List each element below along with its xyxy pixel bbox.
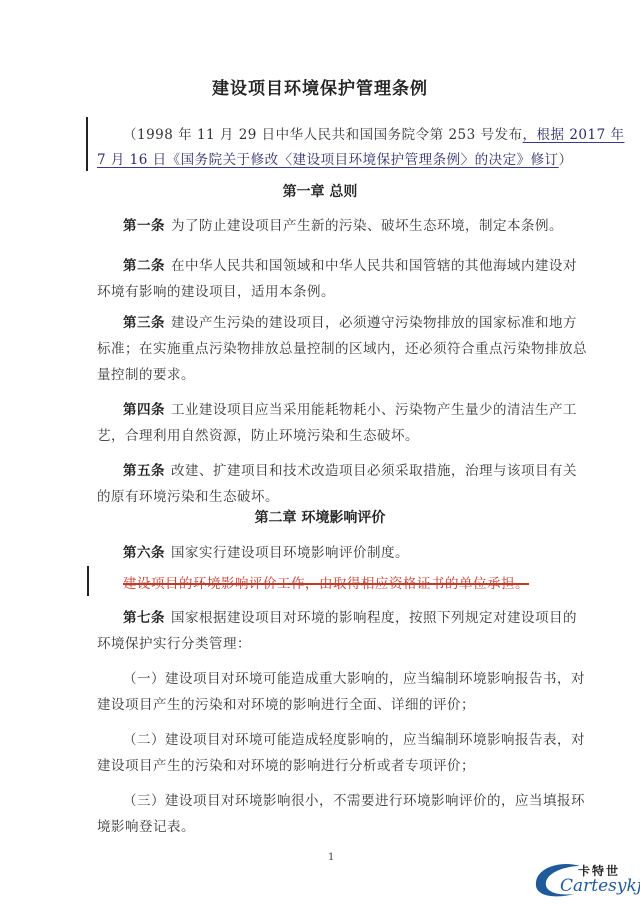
article-text: 在中华人民共和国领域和中华人民共和国管辖的其他海域内建设对 xyxy=(171,258,577,274)
document-page: 建设项目环境保护管理条例 （1998 年 11 月 29 日中华人民共和国国务院… xyxy=(0,0,640,905)
article-label: 第二条 xyxy=(123,258,165,274)
inserted-text: ，根据 2017 年 xyxy=(523,127,625,143)
chapter-2-heading: 第二章 环境影响评价 xyxy=(0,507,640,527)
article-label: 第一条 xyxy=(123,218,165,234)
article-6: 第六条国家实行建设项目环境影响评价制度。 xyxy=(123,541,409,561)
article-2-cont: 环境有影响的建设项目，适用本条例。 xyxy=(97,280,335,300)
article-3: 第三条建设产生污染的建设项目，必须遵守污染物排放的国家标准和地方 xyxy=(123,311,577,331)
article-4-cont: 艺，合理利用自然资源，防止环境污染和生态破坏。 xyxy=(97,424,419,444)
article-2: 第二条在中华人民共和国领域和中华人民共和国管辖的其他海域内建设对 xyxy=(123,254,577,274)
article-text: 改建、扩建项目和技术改造项目必须采取措施，治理与该项目有关 xyxy=(171,463,577,479)
preamble-text: （1998 年 11 月 29 日中华人民共和国国务院令第 253 号发布 xyxy=(123,127,523,143)
article-4: 第四条工业建设项目应当采用能耗物耗小、污染物产生量少的清洁生产工 xyxy=(123,398,577,418)
article-text: 国家实行建设项目环境影响评价制度。 xyxy=(171,545,409,561)
item-1: （一）建设项目对环境可能造成重大影响的，应当编制环境影响报告书，对 xyxy=(123,667,585,687)
change-bar xyxy=(87,566,89,596)
inserted-text: 7 月 16 日《国务院关于修改〈建设项目环境保护管理条例〉的决定》修订 xyxy=(97,152,559,168)
chapter-1-heading: 第一章 总则 xyxy=(0,181,640,201)
article-text: 国家根据建设项目对环境的影响程度，按照下列规定对建设项目的 xyxy=(171,610,577,626)
document-title: 建设项目环境保护管理条例 xyxy=(0,74,640,99)
article-label: 第三条 xyxy=(123,315,165,331)
article-5: 第五条改建、扩建项目和技术改造项目必须采取措施，治理与该项目有关 xyxy=(123,459,577,479)
article-5-cont: 的原有环境污染和生态破坏。 xyxy=(97,485,279,505)
article-text: 为了防止建设项目产生新的污染、破坏生态环境，制定本条例。 xyxy=(171,218,563,234)
article-label: 第六条 xyxy=(123,545,165,561)
article-7: 第七条国家根据建设项目对环境的影响程度，按照下列规定对建设项目的 xyxy=(123,606,577,626)
item-1-cont: 建设项目产生的污染和对环境的影响进行全面、详细的评价； xyxy=(97,693,475,713)
watermark-logo: 卡特世 Cartesykj xyxy=(530,860,640,902)
article-3-cont-1: 标准；在实施重点污染物排放总量控制的区域内，还必须符合重点污染物排放总 xyxy=(97,337,587,357)
item-2: （二）建设项目对环境可能造成轻度影响的，应当编制环境影响报告表，对 xyxy=(123,728,585,748)
article-7-cont: 环境保护实行分类管理： xyxy=(97,632,251,652)
article-text: 工业建设项目应当采用能耗物耗小、污染物产生量少的清洁生产工 xyxy=(171,402,577,418)
article-1: 第一条为了防止建设项目产生新的污染、破坏生态环境，制定本条例。 xyxy=(123,214,563,234)
preamble-line-1: （1998 年 11 月 29 日中华人民共和国国务院令第 253 号发布，根据… xyxy=(123,123,624,143)
article-label: 第七条 xyxy=(123,610,165,626)
article-text: 建设产生污染的建设项目，必须遵守污染物排放的国家标准和地方 xyxy=(171,315,577,331)
strikethrough-text: 建设项目的环境影响评价工作，由取得相应资格证书的单位承担。 xyxy=(123,576,529,592)
article-3-cont-2: 量控制的要求。 xyxy=(97,363,195,383)
item-2-cont: 建设项目产生的污染和对环境的影响进行分析或者专项评价； xyxy=(97,754,475,774)
page-number: 1 xyxy=(328,852,334,863)
item-3-cont: 境影响登记表。 xyxy=(97,815,195,835)
watermark-en: Cartesykj xyxy=(560,876,640,896)
change-bar xyxy=(86,117,88,171)
item-3: （三）建设项目对环境影响很小，不需要进行环境影响评价的，应当填报环 xyxy=(123,789,585,809)
article-label: 第五条 xyxy=(123,463,165,479)
article-label: 第四条 xyxy=(123,402,165,418)
preamble-close: ） xyxy=(559,152,573,168)
deleted-text: 建设项目的环境影响评价工作，由取得相应资格证书的单位承担。 xyxy=(123,572,529,592)
preamble-line-2: 7 月 16 日《国务院关于修改〈建设项目环境保护管理条例〉的决定》修订） xyxy=(97,148,573,168)
